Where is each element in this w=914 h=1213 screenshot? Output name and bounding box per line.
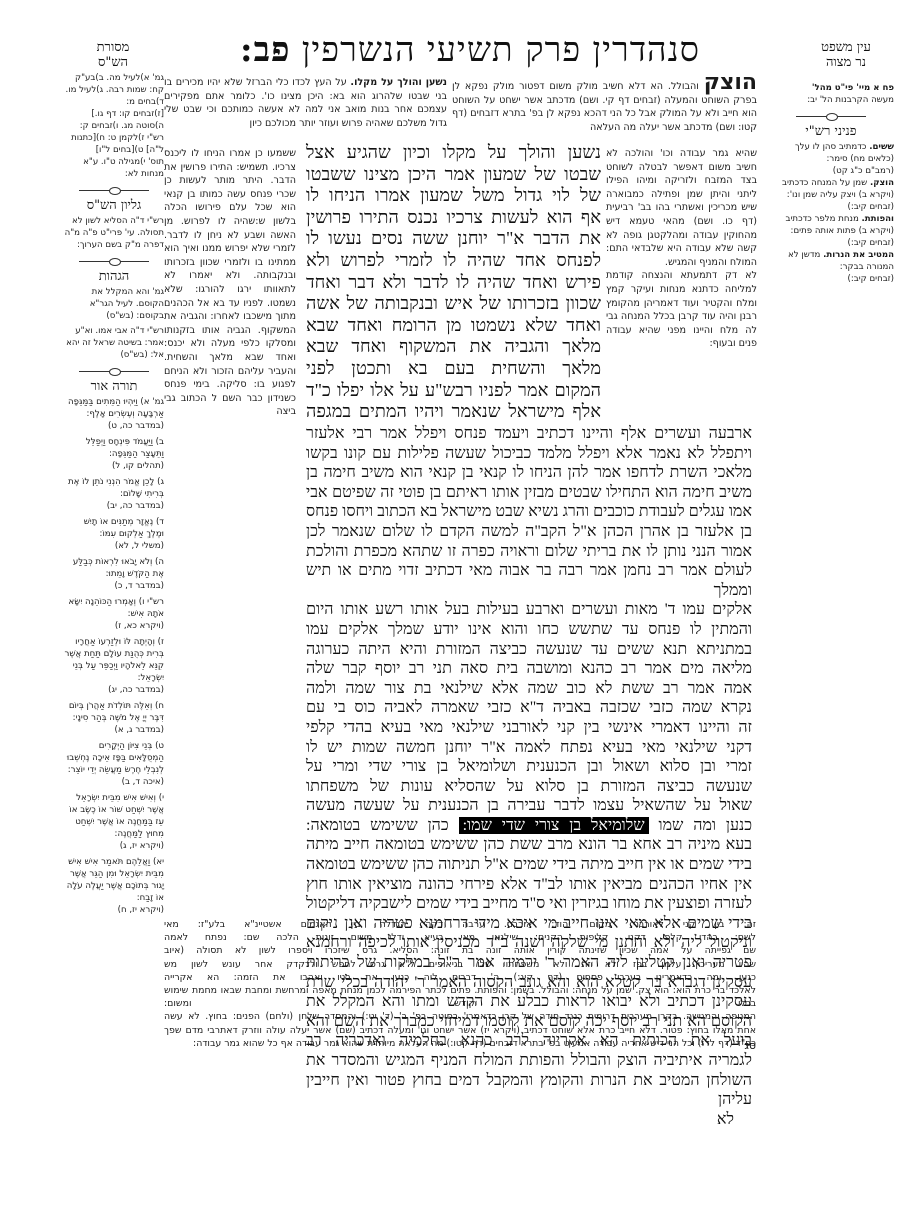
gemara-line: את הדבר א"ר יוחנן ששה נסים נעשו לו <box>306 228 601 250</box>
torah-or-list: גמ' א) וַיִּהְיוּ הַמֵּתִים בַּמַּגֵּפָה… <box>64 396 164 916</box>
tosafot-commentary: הוצק והבולל. הא דלא חשיב מולק משום דפטור… <box>452 76 757 134</box>
gemara-line: בן אלעזר בן אהרן הכהן א"ל הקב"ה למשה הקד… <box>306 522 752 542</box>
rashi-text: ששמעו כן אמרו הניחו לו ליכנס צרכיו. תשמי… <box>164 147 296 909</box>
gemara-catchword: לא <box>306 1110 752 1130</box>
ornament-divider <box>796 112 866 120</box>
rashi-commentary-continued: ששמעו כן אמרו הניחו לו ליכנס צרכיו. תשמי… <box>164 147 296 909</box>
torah-or-item: יא) וַאֲלֵהֶם תֹּאמַר אִישׁ אִישׁ מִבֵּי… <box>64 856 164 916</box>
gemara-line: אף הוא לעשות צרכיו נכנס התירו פרושין <box>306 207 601 229</box>
torah-or-item: גמ' א) וַיִּהְיוּ הַמֵּתִים בַּמַּגֵּפָה… <box>64 396 164 432</box>
gemara-line: לפנחס אחד שהיה לו לזמרי לפרוש ולא <box>306 250 601 272</box>
ein-mishpat-heading: עין משפט נר מצוה <box>806 40 886 70</box>
gemara-fragment: כנען ומה שמו <box>658 817 752 834</box>
page-title: סנהדרין פרק תשיעי הנשרפין פב: <box>240 30 700 70</box>
tosafot-text: לא דק דתמעתא והנצחה קודמת למליחה כדתנא מ… <box>606 269 757 351</box>
ornament-divider <box>79 257 149 265</box>
verse-ref: (במדבר ד, כ) <box>64 580 164 592</box>
hagahot-text: רש"י ד"ה אבי אמו. וא"ע אמר: בשיטה שראל ז… <box>64 325 164 361</box>
verse-text: ד) נֶאֱזָר מְתַנִּים אוֹ תָיִשׁ וּמֶלֶךְ… <box>64 516 164 540</box>
verse-ref: (במדבר כה, יג) <box>64 684 164 696</box>
gemara-line: אלקים עמו ד' מאות ועשרים וארבע בעילות בע… <box>306 600 752 620</box>
verse-ref: (במדבר כה, ט) <box>64 420 164 432</box>
mesoret-line: גמ' א)לעיל מה. ב)בע"ק קח: שמות רבה. ג)לע… <box>64 72 164 108</box>
gemara-line: לעולם אמר רב נחמן אמר רבה בר אבוה מאי דכ… <box>306 561 752 600</box>
item-head: ששים. <box>869 142 894 152</box>
footer-line: לאלכד בר כרת הוא: הוא צק. שמן על מנחה: ו… <box>164 984 756 1010</box>
gemara-line: שבטו של שמעון אמר היכן מצינו ששבטו <box>306 164 601 186</box>
verse-text: יא) וַאֲלֵהֶם תֹּאמַר אִישׁ אִישׁ מִבֵּי… <box>64 856 164 904</box>
verse-ref: (במדבר כה, יב) <box>64 500 164 512</box>
footer-line: כנען. ומה כדאמרינן בערבי פסחים (דף קיג:)… <box>164 971 756 984</box>
verse-ref: (במדבר ג, א) <box>64 724 164 736</box>
verse-ref: (ויקרא יז, ח) <box>64 904 164 916</box>
item-ref: (רמב"ם כ"ג קט) <box>768 165 894 177</box>
rashi-dibur-hamatchil: נשען והולך על מקלו. <box>350 77 447 88</box>
gemara-line: משיב חימה הוא התחילו שבטים מבזין אותו רא… <box>306 483 752 503</box>
torah-or-item: ב) וַיַּעֲמֹד פִּינְחָס וַיְפַלֵּל וַתֵּ… <box>64 436 164 472</box>
chapter-name: הנשרפין <box>302 30 416 70</box>
rashi-paragraph: נשען והולך על מקלו. על העץ לכדו כלי הברז… <box>164 76 447 130</box>
footer-line: כפ"ד (דף לד:) וכל הני דיש אחריה עבודה אמ… <box>164 1037 756 1050</box>
tractate-name: סנהדרין <box>592 30 700 70</box>
gemara-line: מלאך והשחית בעם בא ותכטן לפני <box>306 358 601 380</box>
footer-line: המנופה והמגישה. בקרן מערבית דרומית כנגד … <box>164 1010 756 1023</box>
gemara-line: נקרא שמה כזבי שכזבה באביה ד"א כזבי שאמרה… <box>306 698 752 718</box>
torah-or-item: ד) נֶאֱזָר מְתַנִּים אוֹ תָיִשׁ וּמֶלֶךְ… <box>64 516 164 552</box>
gemara-line: אלף מישראל שנאמר ויהיו המתים במגפה <box>306 401 601 423</box>
gemara-line: נשען והולך על מקלו וכיון שהגיע אצל <box>306 142 601 164</box>
mesoret-hashas-heading: מסורת הש"ס <box>78 40 148 70</box>
ein-mishpat-column: פח א מיי' פי"ט מהל' מעשה הקרבנות הל' יב:… <box>768 82 894 285</box>
item-head: המטיב את הנרות. <box>823 250 894 260</box>
gemara-line: אמור הנני נותן לו את בריתי שלום וראויה כ… <box>306 542 752 562</box>
mesoret-line: [ז)זבחים קו: דף גו.] ה)סוטה מג. ו)זבחים … <box>64 108 164 132</box>
gemara-fragment: כהן ששימש בטומאה: <box>306 817 449 834</box>
gemara-line: זה והיינו דאמרי אינשי בין קני לאורבני שי… <box>306 718 752 738</box>
torah-or-item: י) וְאִישׁ אִישׁ מִבֵּית יִשְׂרָאֵל אֲשֶ… <box>64 792 164 852</box>
footer-line: אחת מאלו בחוץ: פטור. דלא חייב כרת אלא שו… <box>164 1024 756 1037</box>
footer-line: זה: בין קני לאורבני. מקום יהוד: אורבני. … <box>164 918 756 931</box>
margin-heading-line: נר מצוה <box>806 55 886 70</box>
chapter-number: פרק תשיעי <box>427 30 581 70</box>
pnei-rashi-item: הוצק. שמן על המנחה כדכתיב (ויקרא ב) ויצק… <box>768 177 894 213</box>
margin-heading-line: עין משפט <box>806 40 886 55</box>
gemara-line: המקום אמר לפניו רבש"ע על אלו יפלו כ"ד <box>306 380 601 402</box>
gemara-line: ארבעה ועשרים אלף והיינו דכתיב ויעמד פנחס… <box>306 424 752 444</box>
margin-heading-line: הש"ס <box>78 55 148 70</box>
item-ref: (זבחים קיב:) <box>768 237 894 249</box>
footer-line: שם גפייתה על אמה שכיון שזינתה קורין אותה… <box>164 944 756 957</box>
hagahot-title: הגהות <box>64 271 164 283</box>
verse-ref: (משלי ל, לא) <box>64 540 164 552</box>
torah-or-item: רש"י ו) וְאָמְרוּ הַכּוֹהֵנָה יִשָּׂא אֹ… <box>64 596 164 632</box>
item-ref: (זבחים קיב:) <box>768 273 894 285</box>
ein-mishpat-line: מעשה הקרבנות הל' יב: <box>768 94 894 106</box>
hagahot-text: גמ' והא המקלל את הקוסם. לעיל הגר"א בקוסם… <box>64 286 164 322</box>
footer-line: לשם: בהדי קלפי דקני. קליפות הקנים: שילנא… <box>164 931 756 944</box>
footer-line: שהיו מעריכין עלמן בפז ולא זה ולא משפחתו … <box>164 958 756 971</box>
gemara-line: פירש ואחד שהיה לו לדבר ולא דבר ואחד <box>306 272 601 294</box>
highlighted-phrase[interactable]: שלומיאל בן צורי שדי שמו: <box>459 817 649 834</box>
gemara-highlight-line: כנען ומה שמו שלומיאל בן צורי שדי שמו: כה… <box>306 816 752 836</box>
gemara-line: והמתין לו פנחס עד שתשש כחו והוא אינו יוד… <box>306 620 752 640</box>
gemara-line: בעא מיניה רב אחא בר הונא מרב ששת כהן ששי… <box>306 835 752 855</box>
mesoret-hashas-notes: גמ' א)לעיל מה. ב)בע"ק קח: שמות רבה. ג)לע… <box>64 72 164 180</box>
left-margin-column: גמ' א)לעיל מה. ב)בע"ק קח: שמות רבה. ג)לע… <box>64 72 164 920</box>
gilyon-hashas-text: רש"י ד"ה הסליא לשון לא תסולה. עי' פרי"ט … <box>64 215 164 251</box>
torah-or-title: תורה אור <box>64 381 164 393</box>
torah-or-item: ה) וְלֹא יָבֹאוּ לִרְאוֹת כְּבַלַּע אֶת … <box>64 556 164 592</box>
ein-mishpat-entry: פח א מיי' פי"ט מהל' <box>768 82 894 94</box>
gemara-line: של לוי גדול משל שמעון אמרו הניחו לו <box>306 185 601 207</box>
gemara-line: אמו עגלים לעבודת כוכבים והרג נשיא שבט מי… <box>306 502 752 522</box>
verse-ref: (איכה ד, ב) <box>64 776 164 788</box>
verse-text: ז) וְהָיְתָה לּוֹ וּלְזַרְעוֹ אַחֲרָיו ב… <box>64 636 164 684</box>
gemara-line: מלאך והגביה את המשקוף ואחד שבא <box>306 336 601 358</box>
verse-ref: (תהלים קו, ל) <box>64 460 164 472</box>
gemara-line: זמרי ובן סלוא ושאול ובן הכנענית ושלומיאל… <box>306 757 752 777</box>
ein-mishpat-line: פח א מיי' פי"ט מהל' <box>812 83 894 93</box>
pnei-rashi-title: פניני רש"י <box>768 126 894 138</box>
verse-text: ג) לָכֵן אֱמֹר הִנְנִי נֹתֵן לוֹ אֶת בְּ… <box>64 476 164 500</box>
gemara-line: מלאכי השרת לדחפו אמר להן הניחו לו קנאי ב… <box>306 463 752 483</box>
torah-or-item: ח) וְאֵלֶּה תּוֹלְדֹת אַהֲרֹן בְּיוֹם דִ… <box>64 700 164 736</box>
item-head: והפותת. <box>862 214 894 224</box>
gemara-line: שנעשה כביצה המזורת בן סלוא על שהסליא עונ… <box>306 777 752 797</box>
margin-heading-line: מסורת <box>78 40 148 55</box>
tosafot-commentary-continued: שהיא גמר עבודה וכו' והולכה לא חשיב משום … <box>606 147 757 351</box>
verse-text: ב) וַיַּעֲמֹד פִּינְחָס וַיְפַלֵּל וַתֵּ… <box>64 436 164 460</box>
gemara-line: במתניתא תנא ששים עד שנעשה כביצה המזורת ו… <box>306 640 752 660</box>
torah-or-item: ז) וְהָיְתָה לּוֹ וּלְזַרְעוֹ אַחֲרָיו ב… <box>64 636 164 696</box>
pnei-rashi-item: המטיב את הנרות. מדשן לא המנורה בבקר:(זבח… <box>768 249 894 285</box>
gemara-line: השולחן המטיב את הנרות והקומץ והמקבל דמים… <box>306 1071 752 1110</box>
page-signature-mark: סג <box>726 1040 756 1052</box>
ornament-divider <box>79 186 149 194</box>
ornament-divider <box>79 367 149 375</box>
verse-text: ט) בְּנֵי צִיּוֹן הַיְקָרִים הַמְסֻלָּאִ… <box>64 740 164 776</box>
gemara-line: אמה אמר רב ששת לא כוב שמה אלא שילנאי בת … <box>306 679 752 699</box>
verse-text: גמ' א) וַיִּהְיוּ הַמֵּתִים בַּמַּגֵּפָה… <box>64 396 164 420</box>
torah-or-item: ג) לָכֵן אֱמֹר הִנְנִי נֹתֵן לוֹ אֶת בְּ… <box>64 476 164 512</box>
gemara-line: שאול על שהשאיל עצמו לדבר עבירה בן הכנעני… <box>306 796 752 816</box>
verse-text: רש"י ו) וְאָמְרוּ הַכּוֹהֵנָה יִשָּׂא אֹ… <box>64 596 164 620</box>
gemara-line: בידי שמים או אין חייב מיתה בידי שמים א"ל… <box>306 855 752 875</box>
gemara-line: ויתפלל לא נאמר אלא ויפלל מלמד כביכול שעש… <box>306 444 752 464</box>
verse-text: ח) וְאֵלֶּה תּוֹלְדֹת אַהֲרֹן בְּיוֹם דִ… <box>64 700 164 724</box>
gemara-line: ואחד שלא נשמטו מן הרומח ואחד שבא <box>306 315 601 337</box>
item-head: הוצק. <box>870 178 894 188</box>
gemara-line: לעזרה ופוצעין את מוחו בגיזרין ואי ס"ד מח… <box>306 894 752 914</box>
tosafot-text: שהיא גמר עבודה וכו' והולכה לא חשיב משום … <box>606 147 757 269</box>
folio-number: פב: <box>240 30 290 70</box>
mesoret-line: תוס' י)מגילה ט"ו. ע"א מנחות לא: <box>64 156 164 180</box>
verse-text: י) וְאִישׁ אִישׁ מִבֵּית יִשְׂרָאֵל אֲשֶ… <box>64 792 164 840</box>
gemara-line: שכוון בזכרותו של איש ובנקבותה של אשה <box>306 293 601 315</box>
verse-ref: (ויקרא כא, ז) <box>64 620 164 632</box>
pnei-rashi-item: ששים. כדמתיב סהן לו עלך (כלאים מח) סימר:… <box>768 141 894 177</box>
tosafot-lead-word: הוצק <box>704 70 757 95</box>
gemara-text-narrow: נשען והולך על מקלו וכיון שהגיע אצל שבטו … <box>306 142 601 423</box>
gemara-line: אין אחיו הכהנים מביאין אותו לב"ד אלא פיר… <box>306 875 752 895</box>
rashi-commentary: נשען והולך על מקלו. על העץ לכדו כלי הברז… <box>164 76 447 130</box>
mesoret-line: רש"י ז)לקמן ט: ח)[כתנות ל"ה] ט)[בחים ל"ו… <box>64 132 164 156</box>
footer-rashi-continuation: זה: בין קני לאורבני. מקום יהוד: אורבני. … <box>164 918 756 1050</box>
verse-ref: (ויקרא יז, ג) <box>64 840 164 852</box>
verse-text: ה) וְלֹא יָבֹאוּ לִרְאוֹת כְּבַלַּע אֶת … <box>64 556 164 580</box>
gemara-line: דקני שילנאי מאי בעיא נפתח לאמה א"ר יוחנן… <box>306 738 752 758</box>
gemara-line: מליאה מים אמר רב כהנא ומושבה בית סאה תני… <box>306 659 752 679</box>
tosafot-paragraph: הוצק והבולל. הא דלא חשיב מולק משום דפטור… <box>452 76 757 134</box>
gilyon-hashas-title: גליון הש"ס <box>64 200 164 212</box>
item-ref: (זבחים קיב:) <box>768 201 894 213</box>
gemara-line: לגמריה איתיביה הוצק והבולל והפותת המולח … <box>306 1051 752 1071</box>
pnei-rashi-item: והפותת. מנחת מלפר כדכתיב (ויקרא ב) פתות … <box>768 213 894 249</box>
torah-or-item: ט) בְּנֵי צִיּוֹן הַיְקָרִים הַמְסֻלָּאִ… <box>64 740 164 788</box>
